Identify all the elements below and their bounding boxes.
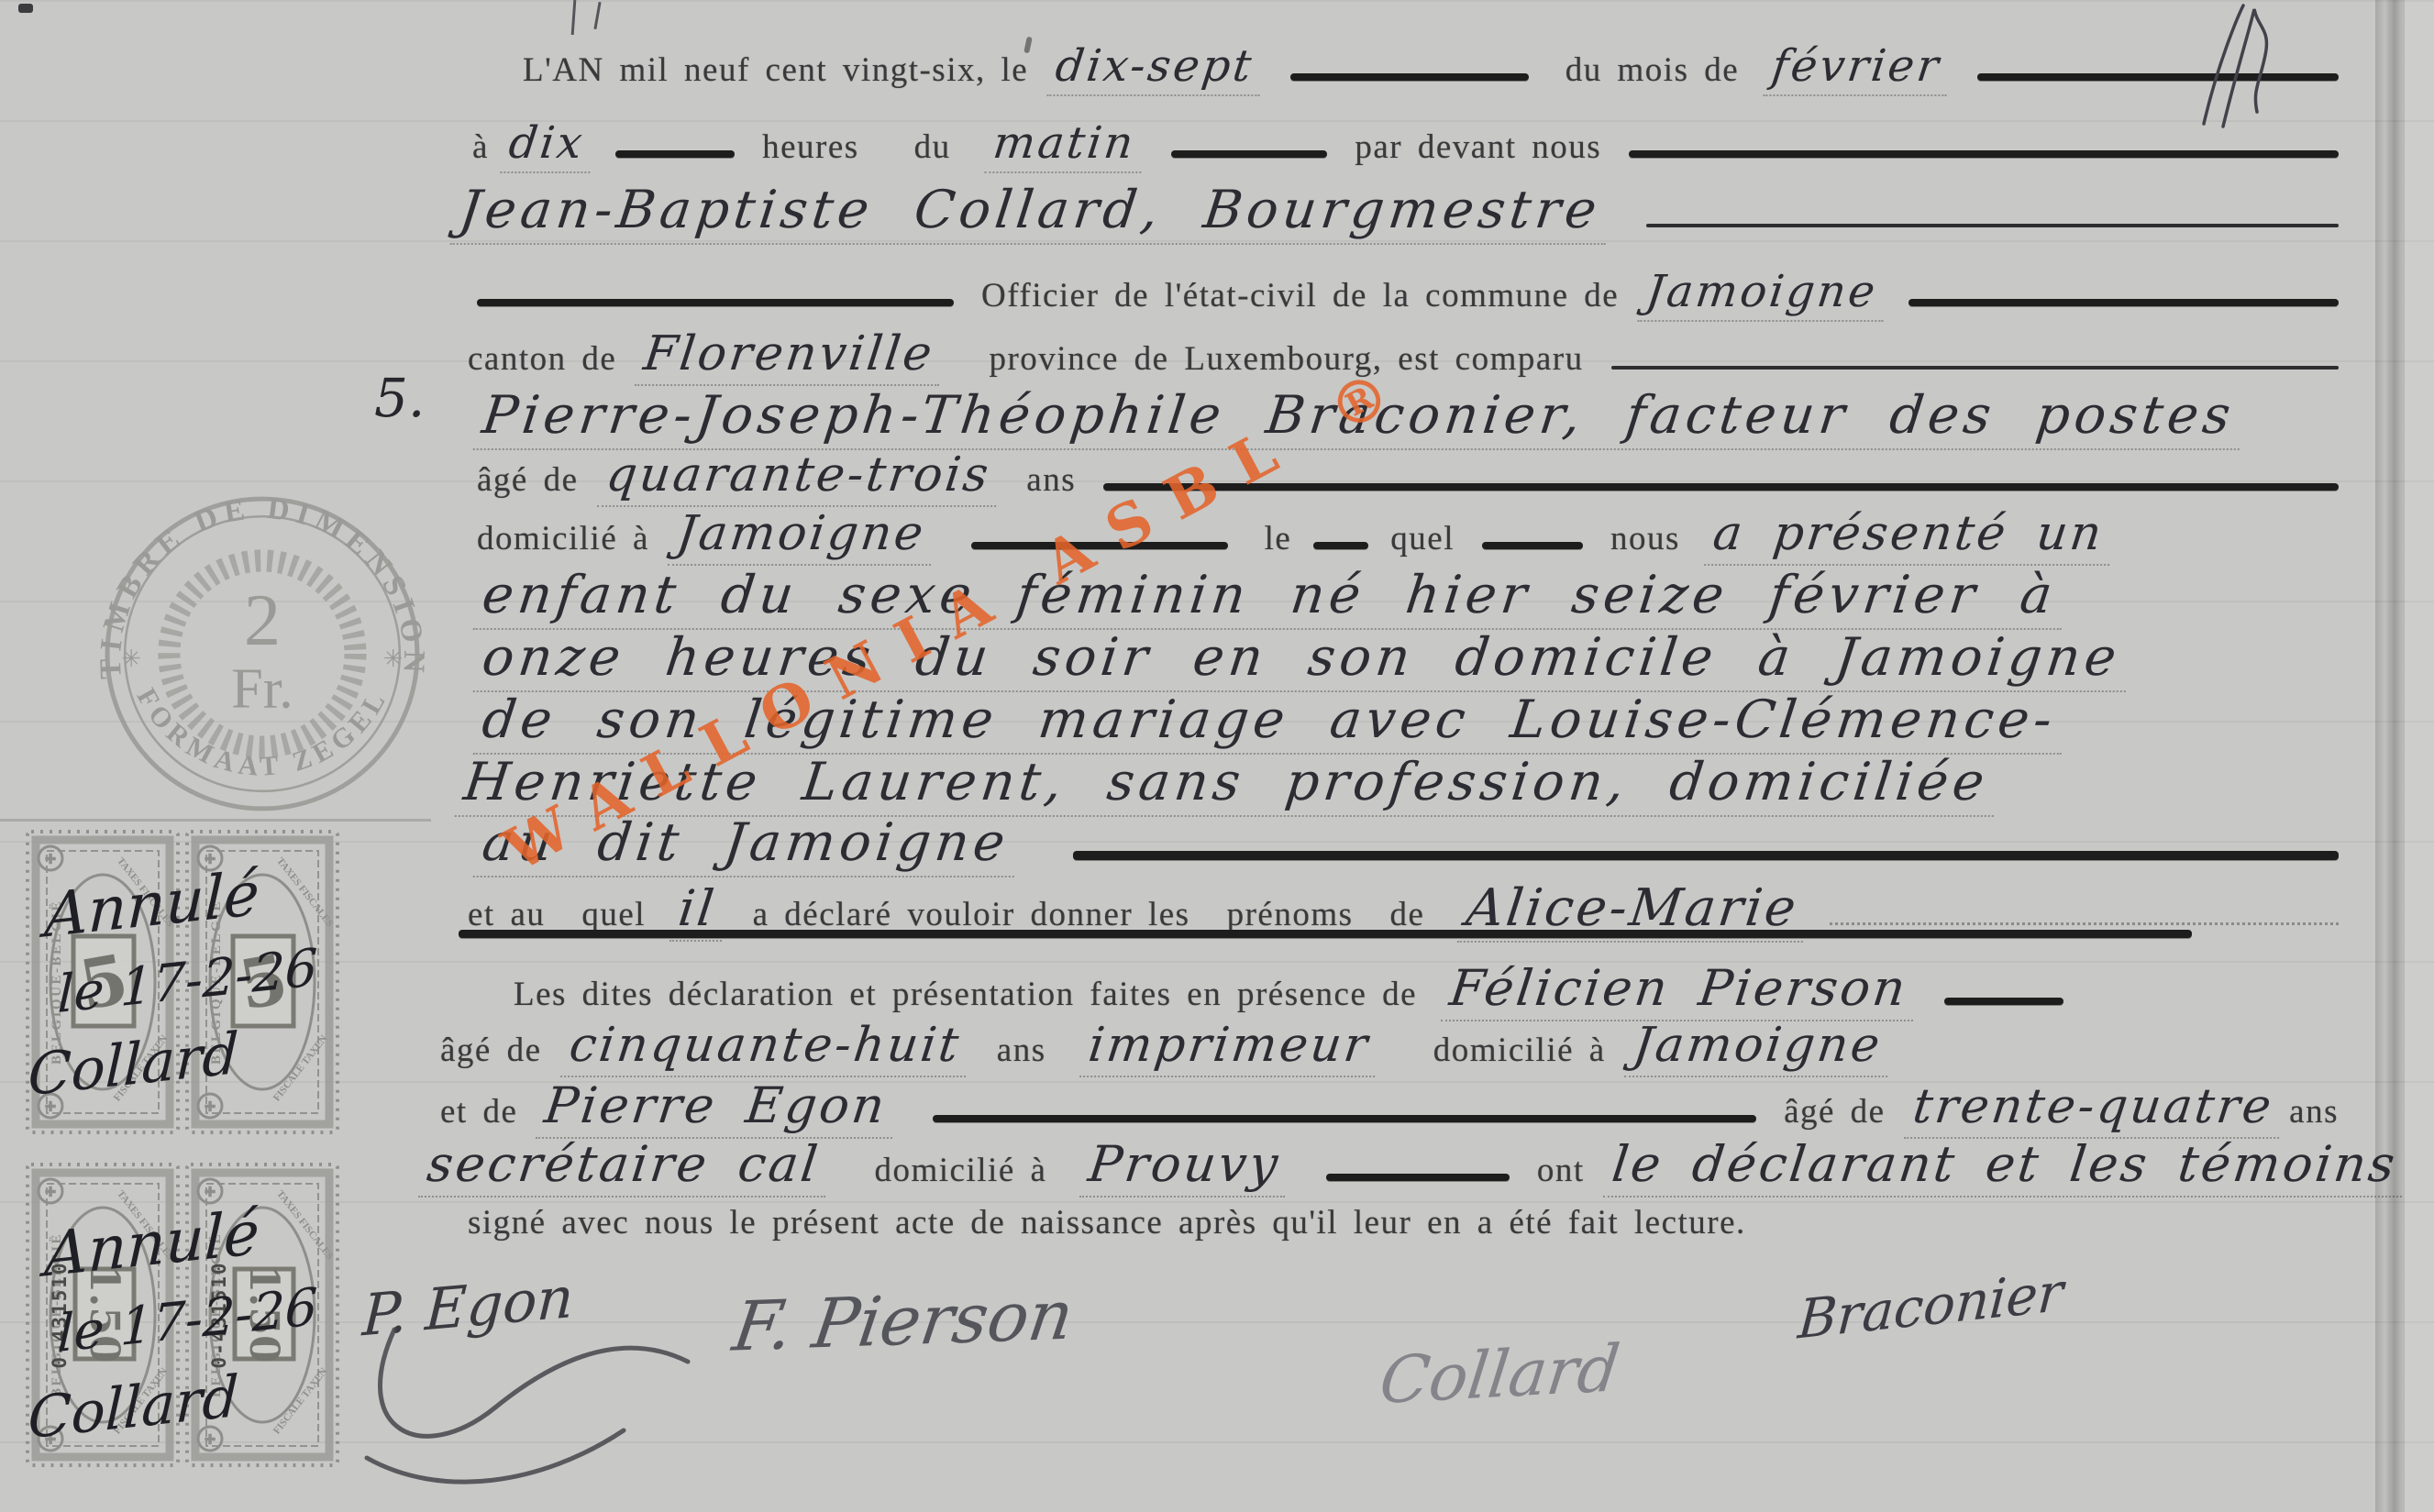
section-separator-rule — [459, 930, 2192, 938]
printed-domiciled-label: domicilié à — [1433, 1031, 1606, 1070]
handwritten-witness2-profession: secrétaire cal — [418, 1135, 833, 1197]
printed-hours-label: heures — [762, 127, 859, 167]
seal-value-unit: Fr. — [231, 657, 293, 720]
dotted-fill-line — [1830, 921, 2339, 925]
handwritten-witness2-name: Pierre Egon — [536, 1076, 900, 1139]
printed-month-label: du mois de — [1566, 50, 1739, 90]
form-line-officer-name: Jean-Baptiste Collard, Bourgmestre — [454, 180, 2339, 245]
form-line-hour: à dix heures du matin par devant nous — [472, 117, 2339, 173]
signature-egon-flourish — [339, 1320, 743, 1495]
handwritten-month: février — [1763, 40, 1953, 96]
fill-rule-line — [1611, 366, 2339, 370]
fill-rule-bar — [1629, 150, 2339, 158]
page-fold-line — [2375, 0, 2403, 1512]
form-line-declarant-age: âgé de quarante-trois ans — [477, 447, 2339, 507]
printed-nous-label: nous — [1610, 519, 1680, 558]
stamp-banner-bottom: FISCALE TAXEN — [271, 1033, 330, 1104]
stamp-corner-cross: ✚ — [45, 853, 57, 867]
pen-stroke-mark — [571, 0, 577, 35]
fill-rule-line — [1646, 224, 2339, 227]
printed-firstnames-label: prénoms — [1227, 895, 1354, 934]
form-line-witness-intro: Les dites déclaration et présentation fa… — [514, 959, 2339, 1021]
printed-ont-label: ont — [1537, 1151, 1585, 1190]
handwritten-declarant-witnesses: le déclarant et les témoins — [1602, 1135, 2409, 1197]
pen-stroke-mark — [593, 2, 601, 29]
printed-aged-label: âgé de — [477, 460, 579, 500]
handwritten-witness2-domicile: Prouvy — [1079, 1135, 1293, 1197]
printed-quel-label: quel — [581, 895, 646, 934]
printed-domiciled-label: domicilié à — [875, 1151, 1047, 1190]
form-line-commune: Officier de l'état-civil de la commune d… — [477, 266, 2339, 322]
dimension-seal: TIMBRE DE DIMENSION FORMAAT ZEGEL 2 Fr. … — [96, 486, 437, 818]
fill-rule-bar — [1171, 150, 1327, 158]
stamp-corner-cross: ✚ — [205, 1100, 216, 1115]
handwritten-witness1-name: Félicien Pierson — [1441, 959, 1920, 1021]
form-line-mother-domicile: au dit Jamoigne — [477, 812, 2339, 877]
printed-province-label: province de Luxembourg, est comparu — [989, 339, 1583, 379]
handwritten-canton: Florenville — [635, 326, 946, 386]
fill-rule-bar — [1482, 542, 1583, 549]
form-line-signed-statement: signé avec nous le présent acte de naiss… — [468, 1203, 2339, 1242]
stamp-corner-cross: ✚ — [205, 1433, 216, 1448]
handwritten-witness1-age: cinquante-huit — [560, 1018, 973, 1077]
signature-collard: Collard — [1376, 1330, 1623, 1418]
printed-le-label: le — [1265, 519, 1292, 558]
handwritten-commune: Jamoigne — [1637, 266, 1889, 322]
printed-years-label: ans — [2289, 1092, 2339, 1131]
handwritten-witness1-domicile: Jamoigne — [1624, 1018, 1895, 1077]
handwritten-child-sex-birthdate: enfant du sexe féminin né hier seize fév… — [473, 565, 2069, 630]
printed-civil-officer-label: Officier de l'état-civil de la commune d… — [981, 276, 1619, 315]
printed-signed-statement: signé avec nous le présent acte de naiss… — [468, 1203, 1746, 1242]
printed-before-us-label: par devant nous — [1355, 127, 1601, 167]
handwritten-officer-name: Jean-Baptiste Collard, Bourgmestre — [450, 180, 1614, 245]
act-number: 5. — [374, 367, 425, 429]
printed-years-label: ans — [1026, 460, 1076, 500]
paper-crease — [0, 819, 431, 822]
form-line-witness2: et de Pierre Egon âgé de trente-quatre a… — [440, 1076, 2339, 1139]
printed-aged-label: âgé de — [440, 1031, 542, 1070]
printed-domiciled-label: domicilié à — [477, 519, 649, 558]
form-line-child-birth: enfant du sexe féminin né hier seize fév… — [477, 565, 2339, 630]
printed-years-label: ans — [997, 1031, 1046, 1070]
page-edge-strip — [2403, 0, 2434, 1512]
printed-declared-label: a déclaré vouloir donner les — [753, 895, 1190, 934]
seal-floret-left: ✳ — [121, 646, 141, 672]
fill-rule-bar — [1290, 73, 1529, 81]
fill-rule-bar — [1908, 299, 2339, 306]
handwritten-domicile: Jamoigne — [668, 506, 938, 566]
printed-et-au-label: et au — [468, 895, 545, 934]
handwritten-declarant-age: quarante-trois — [597, 447, 1003, 507]
handwritten-presented: a présenté un — [1704, 506, 2117, 566]
handwritten-witness1-profession: imprimeur — [1079, 1018, 1382, 1077]
stamp-corner-cross: ✚ — [205, 1186, 216, 1200]
printed-year-label: L'AN mil neuf cent vingt-six, le — [523, 50, 1028, 90]
fill-rule-bar — [615, 150, 735, 158]
ink-speck — [18, 4, 33, 13]
form-line-witness2-details: secrétaire cal domicilié à Prouvy ont le… — [422, 1135, 2434, 1197]
fill-rule-bar — [1944, 998, 2063, 1005]
printed-witness-intro-label: Les dites déclaration et présentation fa… — [514, 975, 1417, 1014]
handwritten-witness2-age: trente-quatre — [1904, 1079, 2286, 1139]
handwritten-hour: dix — [500, 117, 597, 173]
handwritten-morning: matin — [984, 117, 1147, 173]
fill-rule-bar — [1073, 851, 2339, 860]
form-line-declarant-domicile: domicilié à Jamoigne le quel nous a prés… — [477, 506, 2339, 566]
stamp-corner-cross: ✚ — [45, 1186, 57, 1200]
printed-of-label: du — [914, 127, 951, 167]
handwritten-day: dix-sept — [1046, 40, 1266, 96]
stamp-banner-bottom: FISCALE TAXEN — [271, 1366, 330, 1437]
printed-de-label: de — [1390, 895, 1425, 934]
printed-and-of-label: et de — [440, 1092, 517, 1131]
signature-pierson: F. Pierson — [728, 1275, 1079, 1366]
printed-quel-label: quel — [1390, 519, 1455, 558]
pen-paraph-mark — [2190, 0, 2291, 133]
form-line-birth-time: onze heures du soir en son domicile à Ja… — [477, 627, 2339, 692]
fill-rule-bar — [933, 1115, 1756, 1122]
fill-rule-bar — [1313, 542, 1368, 549]
form-line-year-date: L'AN mil neuf cent vingt-six, le dix-sep… — [523, 40, 2339, 96]
handwritten-birth-time-place: onze heures du soir en son domicile à Ja… — [473, 627, 2133, 692]
printed-at-label: à — [472, 127, 489, 167]
fill-rule-bar — [1326, 1174, 1510, 1181]
fill-rule-bar — [477, 299, 954, 306]
birth-certificate-scan: WALLONIA ASBL ® TIMBRE DE DIMENSION FORM… — [0, 0, 2434, 1512]
signature-braconier: Braconier — [1796, 1260, 2065, 1351]
seal-value-number: 2 — [244, 579, 281, 661]
printed-canton-label: canton de — [468, 339, 616, 379]
seal-floret-right: ✳ — [383, 646, 404, 672]
printed-aged-label: âgé de — [1784, 1092, 1886, 1131]
fill-rule-bar — [1103, 483, 2339, 491]
form-line-witness1-details: âgé de cinquante-huit ans imprimeur domi… — [440, 1018, 2339, 1077]
